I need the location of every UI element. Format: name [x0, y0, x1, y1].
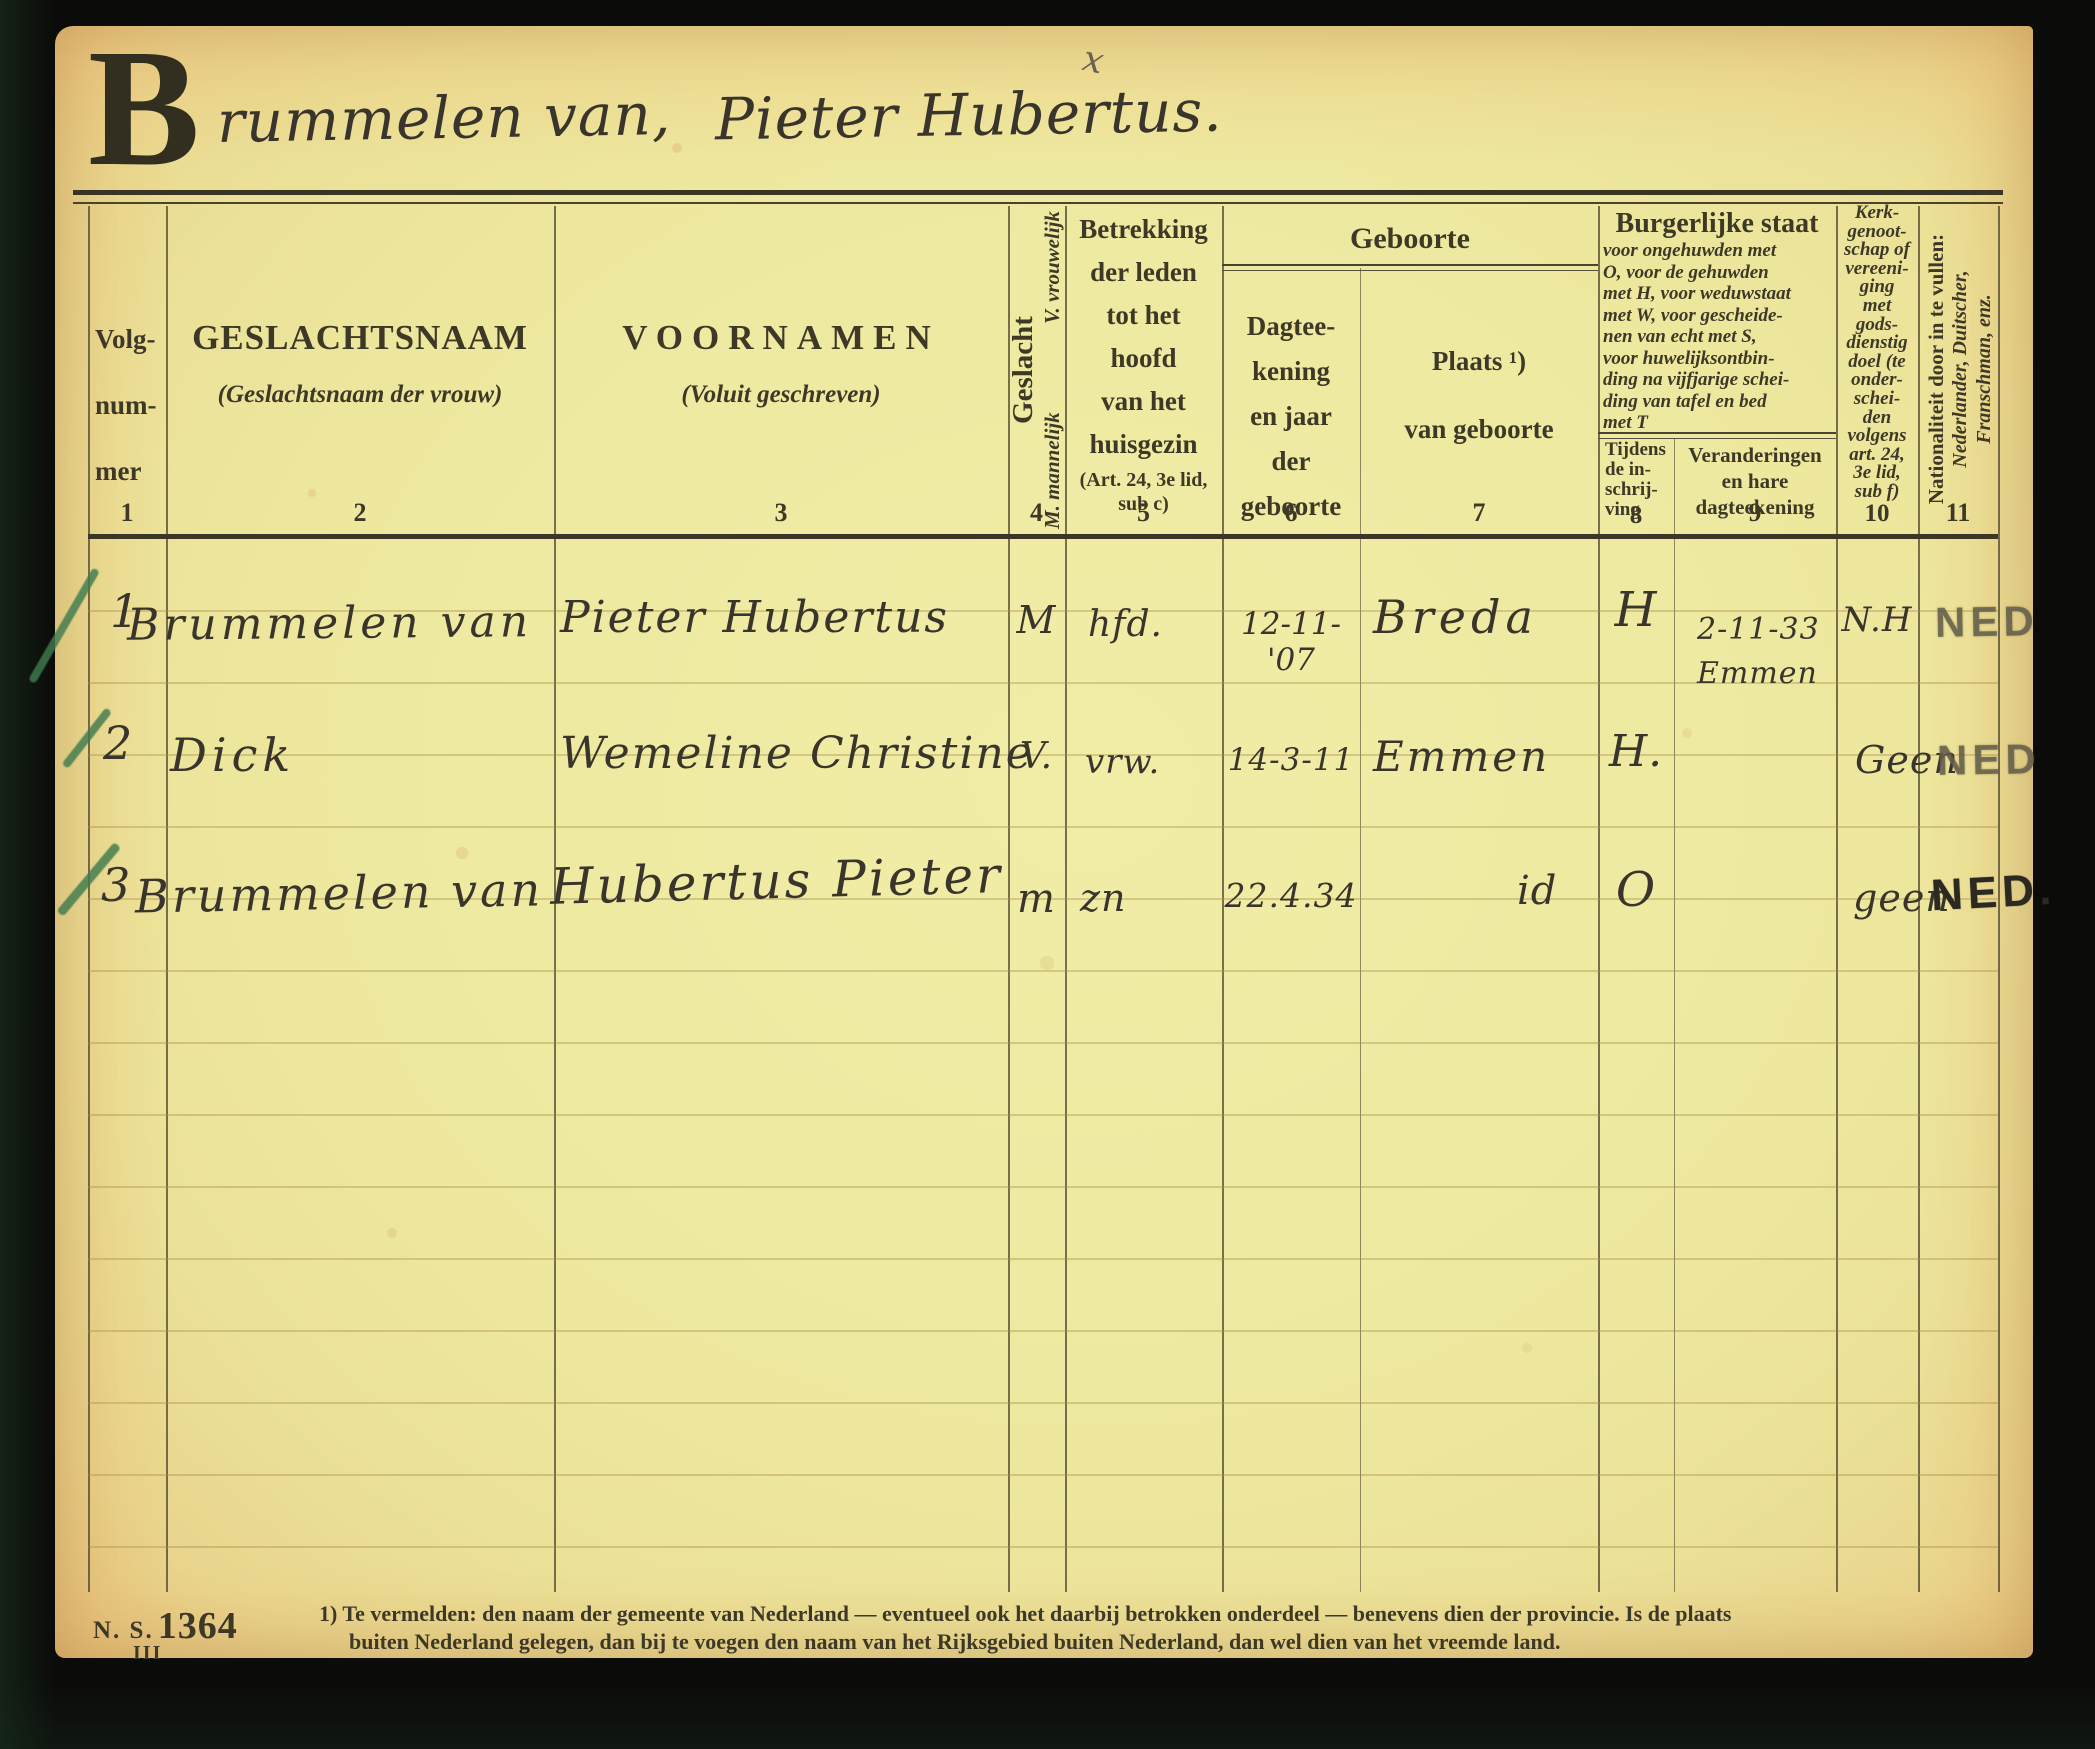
- header-nationaliteit-rotated: Nationaliteit door in te vullen: Nederla…: [1921, 204, 1999, 534]
- header-geslachtsnaam-sub: (Geslachtsnaam der vrouw): [166, 381, 554, 409]
- row2-sex: V.: [1008, 736, 1065, 777]
- row2-relation: vrw.: [1085, 742, 1160, 782]
- title-rule: [73, 190, 2003, 204]
- row3-sex: m: [1008, 876, 1065, 922]
- form-series: III: [133, 1642, 162, 1665]
- surname-initial: B: [88, 28, 200, 188]
- row2-surname: Dick: [170, 728, 295, 782]
- row1-sex: M: [1008, 598, 1065, 642]
- header-volgnummer: Volg- num- mer: [95, 306, 165, 504]
- row2-birthplace: Emmen: [1373, 732, 1550, 781]
- form-code: N. S. 1364: [93, 1604, 238, 1648]
- row3-birthdate: 22.4.34: [1222, 876, 1360, 915]
- row1-birthplace: Breda: [1373, 590, 1538, 644]
- header-geslacht-rotated: Geslacht M. mannelijk V. vrouwelijk: [1008, 205, 1064, 535]
- col-number-2: 2: [166, 498, 554, 528]
- row3-firstnames: Hubertus Pieter: [549, 846, 1003, 916]
- header-geslacht-female: V. vrouwelijk: [1040, 211, 1065, 324]
- row1-church: N.H: [1836, 600, 1918, 640]
- header-voornamen-sub: (Voluit geschreven): [554, 381, 1008, 409]
- form-number: 1364: [158, 1605, 238, 1647]
- col-number-3: 3: [554, 498, 1008, 528]
- scanned-register-card-page: { "title": { "initial": "B", "surname_sc…: [0, 0, 2095, 1749]
- col-number-10: 10: [1836, 500, 1918, 528]
- body-ruling-lines: [88, 540, 1998, 1592]
- header-nationaliteit-line3: Franschman, enz.: [1972, 204, 1996, 534]
- header-geslachtsnaam-title: GESLACHTSNAAM: [166, 318, 554, 358]
- row2-birthdate: 14-3-11: [1222, 742, 1360, 778]
- title-surname-handwritten: rummelen van,: [216, 80, 671, 156]
- row1-civil-status: H: [1598, 582, 1674, 638]
- col-number-7: 7: [1360, 498, 1598, 528]
- col-number-1: 1: [88, 498, 166, 528]
- row3-surname: Brummelen van: [135, 862, 544, 923]
- burgerlijke-staat-underline: [1598, 432, 1836, 439]
- row1-changes: 2-11-33 Emmen: [1697, 608, 1820, 696]
- title-firstnames-handwritten: Pieter Hubertus.: [714, 77, 1223, 154]
- col-number-9: 9: [1674, 498, 1836, 528]
- header-dagteekening: Dagtee- kening en jaar der geboorte: [1222, 304, 1360, 529]
- form-code-prefix: N. S.: [93, 1617, 154, 1644]
- header-geslacht-title: Geslacht: [1007, 205, 1040, 535]
- header-plaats: Plaats ¹) van geboorte: [1360, 344, 1598, 446]
- row3-number: 3: [101, 858, 131, 912]
- row2-nationality-stamp: NED: [1937, 735, 2042, 785]
- col-number-8: 8: [1598, 502, 1674, 530]
- col-number-5: 5: [1065, 498, 1222, 528]
- col-number-6: 6: [1222, 498, 1360, 528]
- row3-civil-status: O: [1598, 862, 1674, 918]
- header-burgerlijke-staat-legend: voor ongehuwden met O, voor de gehuwden …: [1603, 240, 1835, 434]
- header-bottom-rule: [88, 534, 1998, 539]
- row1-surname: Brummelen van: [127, 596, 532, 651]
- register-card: B rummelen van, Pieter Hubertus. x Volg-…: [55, 26, 2033, 1658]
- header-burgerlijke-staat-title: Burgerlijke staat: [1598, 208, 1836, 240]
- pencil-x-mark: x: [1079, 38, 1108, 83]
- footnote: 1) Te vermelden: den naam der gemeente v…: [307, 1600, 1909, 1656]
- row3-relation: zn: [1080, 876, 1127, 920]
- row2-firstnames: Wemeline Christine: [560, 728, 1034, 779]
- col-number-4: 4: [1008, 498, 1065, 528]
- row2-civil-status: H.: [1598, 726, 1674, 777]
- header-nationaliteit-line2: Nederlander, Duitscher,: [1948, 204, 1972, 534]
- row3-nationality-stamp: NED.: [1930, 865, 2058, 921]
- header-betrekking: Betrekking der leden tot het hoofd van h…: [1065, 208, 1222, 466]
- row3-birthplace: id: [1517, 868, 1557, 914]
- header-voornamen-title: VOORNAMEN: [554, 318, 1008, 358]
- row1-relation: hfd.: [1088, 604, 1163, 645]
- header-geboorte-group: Geboorte: [1222, 222, 1598, 256]
- row1-nationality-stamp: NED: [1935, 597, 2040, 647]
- geboorte-underline: [1222, 264, 1598, 271]
- row1-firstnames: Pieter Hubertus: [560, 592, 949, 643]
- paper-stains: [55, 26, 59, 30]
- header-nationaliteit-line1: Nationaliteit door in te vullen:: [1924, 204, 1948, 534]
- row1-birthdate: 12-11-'07: [1222, 606, 1360, 678]
- col-number-11: 11: [1918, 498, 1998, 528]
- row2-number: 2: [103, 716, 133, 770]
- header-kerkgenootschap: Kerk- genoot- schap of vereeni- ging met…: [1836, 204, 1918, 502]
